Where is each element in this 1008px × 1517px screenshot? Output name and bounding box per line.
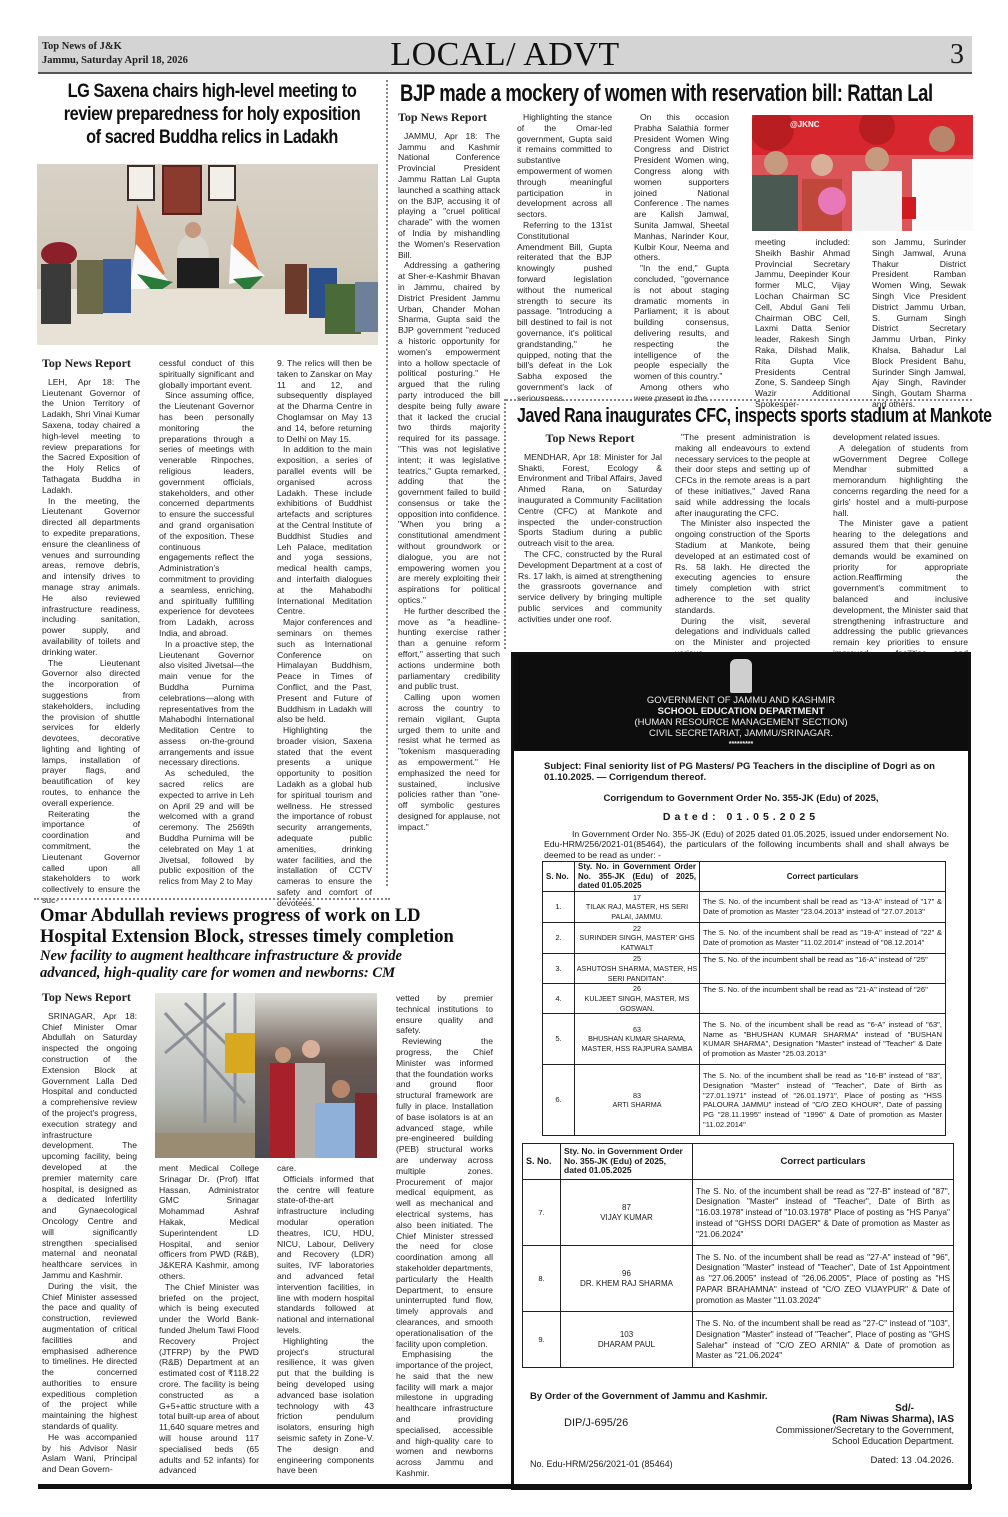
- paragraph: Officials informed that the centre will …: [277, 1174, 374, 1336]
- cell-particulars: The S. No. of the incumbent shall be rea…: [700, 984, 946, 1014]
- ad-header-line: CIVIL SECRETARIAT, JAMMU/SRINAGAR.: [514, 728, 968, 739]
- omar-column-2: ment Medical College Srinagar Dr. (Prof)…: [159, 1163, 259, 1476]
- cell-name: 26KULJEET SINGH, MASTER, MS GOSWAN.: [575, 984, 700, 1014]
- order-date: Dated: 13 .04.2026.: [871, 1455, 954, 1466]
- table-row: 1. 17TILAK RAJ, MASTER, HS SERI PALAI, J…: [543, 892, 946, 923]
- paragraph: As scheduled, the sacred relics are expe…: [159, 768, 254, 887]
- cell-particulars: The S. No. of the incumbent shall be rea…: [700, 892, 946, 923]
- table-header: Correct particulars: [693, 1144, 954, 1180]
- cell-name: 17TILAK RAJ, MASTER, HS SERI PALAI, JAMM…: [575, 892, 700, 923]
- paragraph: Reviewing the progress, the Chief Minist…: [396, 1036, 493, 1349]
- cell-particulars: The S. No. of the incumbent shall be rea…: [700, 1014, 946, 1065]
- table-row: 5. 63BHUSHAN KUMAR SHARMA, MASTER, HSS R…: [543, 1014, 946, 1065]
- incumbent-name: BHUSHAN KUMAR SHARMA, MASTER, HSS RAJPUR…: [575, 1034, 699, 1053]
- table-row: 4. 26KULJEET SINGH, MASTER, MS GOSWAN. T…: [543, 984, 946, 1014]
- cell-particulars: The S. No. of the incumbent shall be rea…: [700, 923, 946, 954]
- cell-sn: 7.: [523, 1180, 561, 1246]
- paragraph: Highlighting the project's structural re…: [277, 1336, 374, 1476]
- page-number: 3: [950, 36, 964, 74]
- table-header: S. No.: [523, 1144, 561, 1180]
- paragraph: The CFC, constructed by the Rural Develo…: [518, 549, 662, 625]
- cell-sn: 8.: [523, 1246, 561, 1312]
- subhead-line: advanced, high-quality care for women an…: [40, 965, 510, 982]
- sty-no: 22: [575, 924, 699, 934]
- paragraph: care.: [277, 1163, 374, 1174]
- paragraph: In addition to the main exposition, a se…: [277, 444, 372, 617]
- sty-no: 96: [561, 1269, 692, 1279]
- lg-column-1: Top News Report LEH, Apr 18: The Lieuten…: [42, 358, 140, 906]
- table-header: Sty. No. in Government Order No. 355-JK …: [561, 1144, 693, 1180]
- table-row: 2. 22SURINDER SINGH, MASTER' GHS KATWALT…: [543, 923, 946, 954]
- scaffold-icon: [155, 993, 255, 1158]
- table-header: S. No.: [543, 862, 575, 892]
- paragraph: meeting included: Sheikh Bashir Ahmad Pr…: [755, 237, 850, 410]
- paragraph: LEH, Apr 18: The Lieutenant Governor of …: [42, 377, 140, 496]
- cell-particulars: The S. No. of the incumbent shall be rea…: [700, 954, 946, 984]
- paragraph: SRINAGAR, Apr 18: Chief Minister Omar Ab…: [42, 1011, 137, 1281]
- paragraph: Since assuming office, the Lieutenant Go…: [159, 390, 254, 638]
- cell-sn: 3.: [543, 954, 575, 984]
- omar-column-4: vetted by premier technical institutions…: [396, 993, 493, 1479]
- ad-intro: In Government Order No. 355-JK (Edu) of …: [544, 829, 949, 860]
- incumbent-name: ASHUTOSH SHARMA, MASTER, HS SERI PANDITA…: [575, 964, 699, 983]
- corrigendum-table-2: S. No. Sty. No. in Government Order No. …: [522, 1143, 954, 1368]
- by-order-text: By Order of the Government of Jammu and …: [530, 1391, 768, 1402]
- paragraph: MENDHAR, Apr 18: Minister for Jal Shakti…: [518, 452, 662, 549]
- cell-particulars: The S. No. of the incumbent shall be rea…: [693, 1180, 954, 1246]
- cell-sn: 1.: [543, 892, 575, 923]
- headline-bjp: BJP made a mockery of women with reserva…: [400, 80, 933, 108]
- bjp-column-5: son Jammu, Surinder Singh Jamwal, Aruna …: [872, 237, 966, 410]
- headline-rana: Javed Rana inaugurates CFC, inspects spo…: [517, 404, 992, 428]
- ad-header-stars: *********: [514, 739, 968, 750]
- paragraph: "In the end," Gupta concluded, "governan…: [634, 263, 729, 382]
- bjp-column-4: meeting included: Sheikh Bashir Ahmad Pr…: [755, 237, 850, 410]
- sty-no: 87: [561, 1203, 692, 1213]
- omar-column-1: Top News Report SRINAGAR, Apr 18: Chief …: [42, 992, 137, 1475]
- crowd-icon: [255, 993, 377, 1158]
- svg-text:@JKNC: @JKNC: [790, 120, 820, 129]
- rana-column-2: "The present administration is making al…: [675, 432, 810, 659]
- hospital-construction-photo: [155, 993, 255, 1158]
- cell-name: 22SURINDER SINGH, MASTER' GHS KATWALT: [575, 923, 700, 954]
- paragraph: Referring to the 131st Constitutional Am…: [517, 220, 612, 404]
- paragraph: He was accompanied by his Advisor Nasir …: [42, 1432, 137, 1475]
- omar-column-3: care. Officials informed that the centre…: [277, 1163, 374, 1476]
- ad-corrigendum: Corrigendum to Government Order No. 355-…: [514, 793, 968, 804]
- paragraph: The Minister also inspected the ongoing …: [675, 518, 810, 615]
- bjp-column-1: Top News Report JAMMU, Apr 18: The Jammu…: [398, 112, 500, 833]
- government-advertisement: GOVERNMENT OF JAMMU AND KASHMIR SCHOOL E…: [511, 652, 971, 1490]
- subhead-omar: New facility to augment healthcare infra…: [40, 948, 510, 982]
- rana-column-3: development related issues. A delegation…: [833, 432, 968, 680]
- paragraph: "The present administration is making al…: [675, 432, 810, 518]
- ad-header-line: SCHOOL EDUCATION DEPARTMENT: [514, 706, 968, 717]
- state-emblem-icon: [730, 659, 752, 693]
- paragraph: ment Medical College Srinagar Dr. (Prof)…: [159, 1163, 259, 1282]
- byline: Top News Report: [42, 358, 140, 369]
- cell-particulars: The S. No. of the incumbent shall be rea…: [693, 1312, 954, 1368]
- incumbent-name: ARTI SHARMA: [575, 1100, 699, 1110]
- paragraph: In a proactive step, the Lieutenant Gove…: [159, 639, 254, 769]
- cell-name: 83ARTI SHARMA: [575, 1065, 700, 1136]
- sty-no: 83: [575, 1091, 699, 1101]
- cell-sn: 6.: [543, 1065, 575, 1136]
- dip-number: DIP/J-695/26: [564, 1417, 628, 1429]
- headline-line: LG Saxena chairs high-level meeting to: [62, 80, 361, 103]
- table-header: Sty. No. in Government Order No. 355-JK …: [575, 862, 700, 892]
- headline-line: review preparedness for holy exposition: [62, 103, 361, 126]
- meeting-scene-icon: [37, 164, 378, 345]
- sty-no: 17: [575, 893, 699, 903]
- bjp-column-3: On this occasion Prabha Salathia former …: [634, 112, 729, 404]
- cell-sn: 2.: [543, 923, 575, 954]
- cell-name: 87VIJAY KUMAR: [561, 1180, 693, 1246]
- incumbent-name: DHARAM PAUL: [561, 1340, 692, 1350]
- cell-name: 96DR. KHEM RAJ SHARMA: [561, 1246, 693, 1312]
- paragraph: Major conferences and seminars on themes…: [277, 617, 372, 725]
- sty-no: 26: [575, 984, 699, 994]
- incumbent-name: VIJAY KUMAR: [561, 1213, 692, 1223]
- paragraph: Highlighting the stance of the Omar-led …: [517, 112, 612, 220]
- byline: Top News Report: [518, 433, 662, 444]
- column-divider: [504, 399, 506, 649]
- column-divider: [386, 80, 388, 886]
- table-row: 6. 83ARTI SHARMA The S. No. of the incum…: [543, 1065, 946, 1136]
- paragraph: vetted by premier technical institutions…: [396, 993, 493, 1036]
- incumbent-name: KULJEET SINGH, MASTER, MS GOSWAN.: [575, 994, 699, 1013]
- byline: Top News Report: [398, 112, 500, 123]
- bottom-rule: [38, 1484, 972, 1489]
- group-photo-icon: @JKNC: [752, 115, 973, 231]
- paragraph: On this occasion Prabha Salathia former …: [634, 112, 729, 263]
- signatory-designation: Commissioner/Secretary to the Government…: [776, 1425, 954, 1436]
- signature-block: Sd/- (Ram Niwas Sharma), IAS Commissione…: [776, 1403, 954, 1447]
- sty-no: 63: [575, 1025, 699, 1035]
- headline-line: Hospital Extension Block, stresses timel…: [40, 927, 510, 948]
- paragraph: son Jammu, Surinder Singh Jamwal, Aruna …: [872, 237, 966, 410]
- byline: Top News Report: [42, 992, 137, 1003]
- sty-no: 103: [561, 1330, 692, 1340]
- cell-particulars: The S. No. of the incumbent shall be rea…: [693, 1246, 954, 1312]
- cell-name: 103DHARAM PAUL: [561, 1312, 693, 1368]
- table-header-row: S. No. Sty. No. in Government Order No. …: [543, 862, 946, 892]
- incumbent-name: DR. KHEM RAJ SHARMA: [561, 1279, 692, 1289]
- headline-lg: LG Saxena chairs high-level meeting to r…: [38, 80, 386, 149]
- signatory-name: (Ram Niwas Sharma), IAS: [776, 1414, 954, 1425]
- paragraph: 9. The relics will then be taken to Zans…: [277, 358, 372, 444]
- paragraph: Highlighting the broader vision, Saxena …: [277, 725, 372, 909]
- cell-name: 25ASHUTOSH SHARMA, MASTER, HS SERI PANDI…: [575, 954, 700, 984]
- paragraph: A delegation of students from wGovernmen…: [833, 443, 968, 519]
- bjp-column-2: Highlighting the stance of the Omar-led …: [517, 112, 612, 404]
- table-row: 7. 87VIJAY KUMAR The S. No. of the incum…: [523, 1180, 954, 1246]
- headline-line: of sacred Buddha relics in Ladakh: [62, 126, 361, 149]
- ad-header-line: GOVERNMENT OF JAMMU AND KASHMIR: [514, 695, 968, 706]
- section-divider: [34, 898, 390, 900]
- sty-no: 25: [575, 954, 699, 964]
- paragraph: In the meeting, the Lieutenant Governor …: [42, 496, 140, 658]
- subhead-line: New facility to augment healthcare infra…: [40, 948, 510, 965]
- ad-dated: Dated: 01.05.2025: [514, 811, 968, 823]
- table-row: 3. 25ASHUTOSH SHARMA, MASTER, HS SERI PA…: [543, 954, 946, 984]
- lg-meeting-photo: [37, 164, 378, 345]
- incumbent-name: TILAK RAJ, MASTER, HS SERI PALAI, JAMMU.: [575, 902, 699, 921]
- signatory-department: School Education Department.: [776, 1436, 954, 1447]
- table-header-row: S. No. Sty. No. in Government Order No. …: [523, 1144, 954, 1180]
- paragraph: Calling upon women across the country to…: [398, 692, 500, 832]
- paragraph: Reiterating the importance of coordinati…: [42, 809, 140, 906]
- cell-sn: 5.: [543, 1014, 575, 1065]
- ad-subject: Subject: Final seniority list of PG Mast…: [544, 761, 964, 783]
- lg-column-2: cessful conduct of this spiritually sign…: [159, 358, 254, 887]
- masthead: Top News of J&K Jammu, Saturday April 18…: [38, 36, 972, 74]
- cell-sn: 9.: [523, 1312, 561, 1368]
- paragraph: The Lieutenant Governor also directed th…: [42, 658, 140, 809]
- incumbent-name: SURINDER SINGH, MASTER' GHS KATWALT: [575, 933, 699, 952]
- paragraph: Emphasising the importance of the projec…: [396, 1349, 493, 1479]
- table-row: 9. 103DHARAM PAUL The S. No. of the incu…: [523, 1312, 954, 1368]
- paragraph: During the visit, the Chief Minister ass…: [42, 1281, 137, 1432]
- headline-omar: Omar Abdullah reviews progress of work o…: [40, 906, 510, 948]
- cell-name: 63BHUSHAN KUMAR SHARMA, MASTER, HSS RAJP…: [575, 1014, 700, 1065]
- table-row: 8. 96DR. KHEM RAJ SHARMA The S. No. of t…: [523, 1246, 954, 1312]
- paragraph: JAMMU, Apr 18: The Jammu and Kashmir Nat…: [398, 131, 500, 261]
- order-number: No. Edu-HRM/256/2021-01 (85464): [530, 1459, 673, 1469]
- ad-header: GOVERNMENT OF JAMMU AND KASHMIR SCHOOL E…: [514, 655, 968, 751]
- lg-column-3: 9. The relics will then be taken to Zans…: [277, 358, 372, 909]
- headline-line: Omar Abdullah reviews progress of work o…: [40, 906, 510, 927]
- corrigendum-table-1: S. No. Sty. No. in Government Order No. …: [542, 861, 946, 1136]
- table-header: Correct particulars: [700, 862, 946, 892]
- ad-header-line: (HUMAN RESOURCE MANAGEMENT SECTION): [514, 717, 968, 728]
- paragraph: The Chief Minister was briefed on the pr…: [159, 1282, 259, 1476]
- paragraph: Addressing a gathering at Sher-e-Kashmir…: [398, 260, 500, 606]
- section-title: LOCAL/ ADVT: [38, 36, 972, 74]
- paragraph: development related issues.: [833, 432, 968, 443]
- cell-sn: 4.: [543, 984, 575, 1014]
- cell-particulars: The S. No. of the incumbent shall be rea…: [700, 1065, 946, 1136]
- rana-column-1: Top News Report MENDHAR, Apr 18: Ministe…: [518, 433, 662, 625]
- cm-inspection-photo: [255, 993, 377, 1158]
- paragraph: He further described the move as "a head…: [398, 606, 500, 692]
- sd-mark: Sd/-: [776, 1403, 914, 1414]
- section-divider: [506, 399, 972, 401]
- jknc-event-photo: @JKNC: [752, 115, 973, 231]
- paragraph: cessful conduct of this spiritually sign…: [159, 358, 254, 390]
